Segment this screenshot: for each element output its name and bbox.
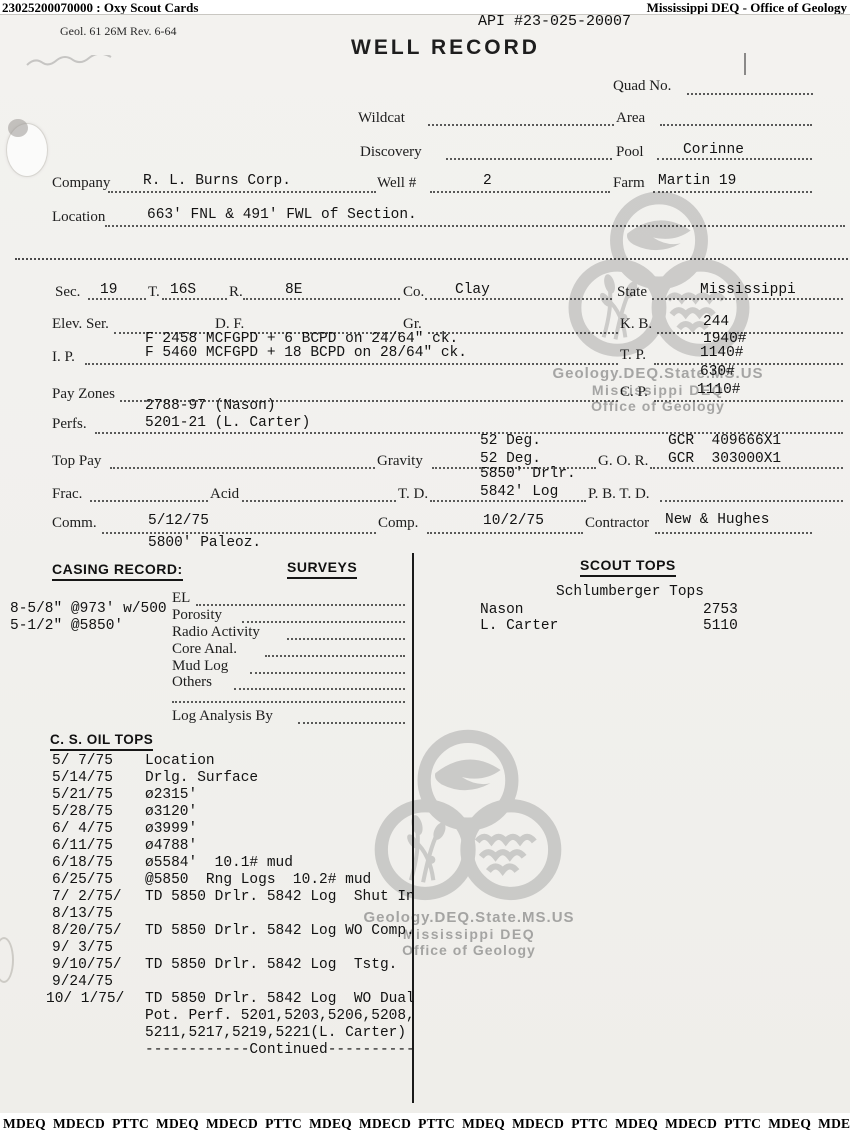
surveys-heading: SURVEYS [287,559,357,579]
oil-top-date: 9/10/75/ [52,957,122,973]
scout-top-name: L. Carter [480,618,558,634]
dotted-line [105,225,845,227]
deq-watermark-logo [366,727,570,911]
dotted-line [687,93,813,95]
comp-label: Comp. [378,515,418,532]
quad-no-label: Quad No. [613,78,671,95]
comp-value: 10/2/75 [483,513,544,529]
dotted-line [428,124,614,126]
oil-top-date: 8/20/75/ [52,923,122,939]
td-log-value: 5842' Log [480,484,558,500]
pool-value: Corinne [683,142,744,158]
kb-value: 244 [703,314,729,330]
oil-top-desc: TD 5850 Drlr. 5842 Log Tstg. [145,957,397,973]
page-title: WELL RECORD [351,36,540,60]
cp-value: 1110# [697,382,741,398]
dotted-line [655,532,812,534]
well-number-label: Well # [377,175,416,192]
td-label: T. D. [398,486,428,503]
oil-tops-heading: C. S. OIL TOPS [50,732,153,751]
oil-top-date: 5/ 7/75 [52,753,113,769]
dotted-line [162,298,227,300]
oil-top-date: 5/14/75 [52,770,113,786]
survey-item: Mud Log [172,658,228,675]
scout-top-name: Nason [480,602,524,618]
state-label: State [617,284,647,301]
dotted-line [660,124,812,126]
oil-top-desc: 5211,5217,5219,5221(L. Carter) [145,1025,406,1041]
dotted-line [287,638,405,640]
top-banner: 23025200070000 : Oxy Scout Cards Mississ… [0,0,850,14]
gor-value: GCR 303000X1 [668,451,781,467]
dotted-line [234,688,405,690]
frac-label: Frac. [52,486,82,503]
acid-label: Acid [210,486,239,503]
dotted-line [250,672,405,674]
sec-value: 19 [100,282,117,298]
gor-value-above: GCR 409666X1 [668,433,781,449]
comm-label: Comm. [52,515,97,532]
pay-zones-label: Pay Zones [52,386,115,403]
cp-label: C. P. [620,384,648,401]
tp-value-2: 1140# [700,345,744,361]
scan-curve-artifact [0,937,14,983]
range-label: R. [229,284,243,301]
farm-value: Martin 19 [658,173,736,189]
scout-tops-subheading: Schlumberger Tops [556,584,704,600]
dotted-line [652,298,843,300]
oil-top-desc: ø2315' [145,787,197,803]
oil-top-date: 8/13/75 [52,906,113,922]
top-pay-label: Top Pay [52,453,101,470]
dotted-line [654,363,843,365]
scout-top-depth: 5110 [703,618,738,634]
state-value: Mississippi [700,282,796,298]
county-value: Clay [455,282,490,298]
dotted-line [102,532,376,534]
oil-top-desc: TD 5850 Drlr. 5842 Log WO Comp. [145,923,415,939]
elev-ser-label: Elev. Ser. [52,316,109,333]
dotted-line [265,655,405,657]
casing-line: 8-5/8" @973' w/500 [10,601,167,617]
ip-test-line-2: F 5460 MCFGPD + 18 BCPD on 28/64" ck. [145,345,467,361]
sec-label: Sec. [55,284,80,301]
oil-top-desc: Pot. Perf. 5201,5203,5206,5208, [145,1008,415,1024]
form-reference: Geol. 61 26M Rev. 6-64 [60,24,177,39]
area-label: Area [616,110,645,127]
dotted-line [110,467,375,469]
oil-top-desc: ø4788' [145,838,197,854]
dotted-line [85,363,618,365]
location-value: 663' FNL & 491' FWL of Section. [147,207,417,223]
dotted-line [242,500,396,502]
well-number-value: 2 [483,173,492,189]
dotted-line [430,191,610,193]
survey-item: Log Analysis By [172,708,273,725]
oil-top-date: 6/25/75 [52,872,113,888]
company-value: R. L. Burns Corp. [143,173,291,189]
oil-top-continued: ------------Continued---------- [145,1042,415,1058]
dotted-line [242,621,405,623]
dotted-line [654,400,843,402]
perfs-line-1: 2788-97 (Nason) [145,398,276,414]
api-number: API #23-025-20007 [478,13,631,30]
ip-label: I. P. [52,349,75,366]
scout-tops-heading: SCOUT TOPS [580,557,676,577]
oil-top-date: 10/ 1/75/ [46,991,124,1007]
dotted-line [108,191,376,193]
oil-top-date: 7/ 2/75/ [52,889,122,905]
comm-note: 5800' Paleoz. [148,535,261,551]
oil-top-desc: TD 5850 Drlr. 5842 Log Shut In [145,889,415,905]
gravity-value-above: 52 Deg. [480,433,541,449]
smudge-artifact [8,119,28,137]
survey-item: Porosity [172,607,222,624]
dotted-line [427,532,583,534]
kb-label: K. B. [620,316,652,333]
scanned-sheet: Geology.DEQ.State.MS.US Mississippi DEQ … [0,14,850,1113]
oil-top-date: 6/11/75 [52,838,113,854]
county-label: Co. [403,284,424,301]
oil-top-date: 6/ 4/75 [52,821,113,837]
td-driller-value: 5850' Drlr. [480,466,576,482]
scout-top-depth: 2753 [703,602,738,618]
oil-top-desc: ø5584' 10.1# mud [145,855,293,871]
oil-top-desc: Location [145,753,215,769]
dotted-line [90,500,208,502]
pool-label: Pool [616,144,644,161]
oil-top-desc: TD 5850 Drlr. 5842 Log WO Dual [145,991,415,1007]
farm-label: Farm [613,175,645,192]
gravity-value: 52 Deg. [480,451,541,467]
bottom-banner-text: MDEQ MDECD PTTC MDEQ MDECD PTTC MDEQ MDE… [3,1116,849,1132]
perfs-label: Perfs. [52,416,87,433]
document-page: 23025200070000 : Oxy Scout Cards Mississ… [0,0,850,1137]
survey-item: Core Anal. [172,641,237,658]
oil-top-date: 6/18/75 [52,855,113,871]
pbtd-label: P. B. T. D. [588,486,650,503]
oil-top-desc: ø3120' [145,804,197,820]
dotted-line [657,158,812,160]
dotted-line [660,500,843,502]
pen-mark-artifact [744,53,746,75]
casing-line: 5-1/2" @5850' [10,618,123,634]
survey-item: EL [172,590,190,607]
survey-item: Others [172,674,212,691]
dotted-line [650,467,843,469]
tp-value-3: 630# [700,364,735,380]
oil-top-date: 5/28/75 [52,804,113,820]
dotted-line [172,701,405,703]
company-label: Company [52,175,110,192]
gor-label: G. O. R. [598,453,648,470]
dotted-line [196,604,405,606]
township-value: 16S [170,282,196,298]
dotted-line [653,191,812,193]
oil-top-desc: @5850 Rng Logs 10.2# mud [145,872,371,888]
dotted-line [657,332,843,334]
separator-line [15,258,848,260]
comm-value: 5/12/75 [148,513,209,529]
perfs-line-2: 5201-21 (L. Carter) [145,415,310,431]
oil-top-date: 5/21/75 [52,787,113,803]
dotted-line [430,500,586,502]
wildcat-label: Wildcat [358,110,405,127]
casing-record-heading: CASING RECORD: [52,561,183,581]
oil-top-date: 9/ 3/75 [52,940,113,956]
contractor-value: New & Hughes [665,512,769,528]
dotted-line [446,158,612,160]
range-value: 8E [285,282,302,298]
dotted-line [425,298,612,300]
location-label: Location [52,209,105,226]
oil-top-desc: Drlg. Surface [145,770,258,786]
dotted-line [298,722,405,724]
survey-item: Radio Activity [172,624,260,641]
oil-top-date: 9/24/75 [52,974,113,990]
dotted-line [243,298,400,300]
tp-label: T. P. [620,347,646,364]
dotted-line [88,298,146,300]
township-label: T. [148,284,160,301]
oil-top-desc: ø3999' [145,821,197,837]
discovery-label: Discovery [360,144,422,161]
pencil-squiggle-artifact [25,55,115,71]
gravity-label: Gravity [377,453,423,470]
contractor-label: Contractor [585,515,649,532]
